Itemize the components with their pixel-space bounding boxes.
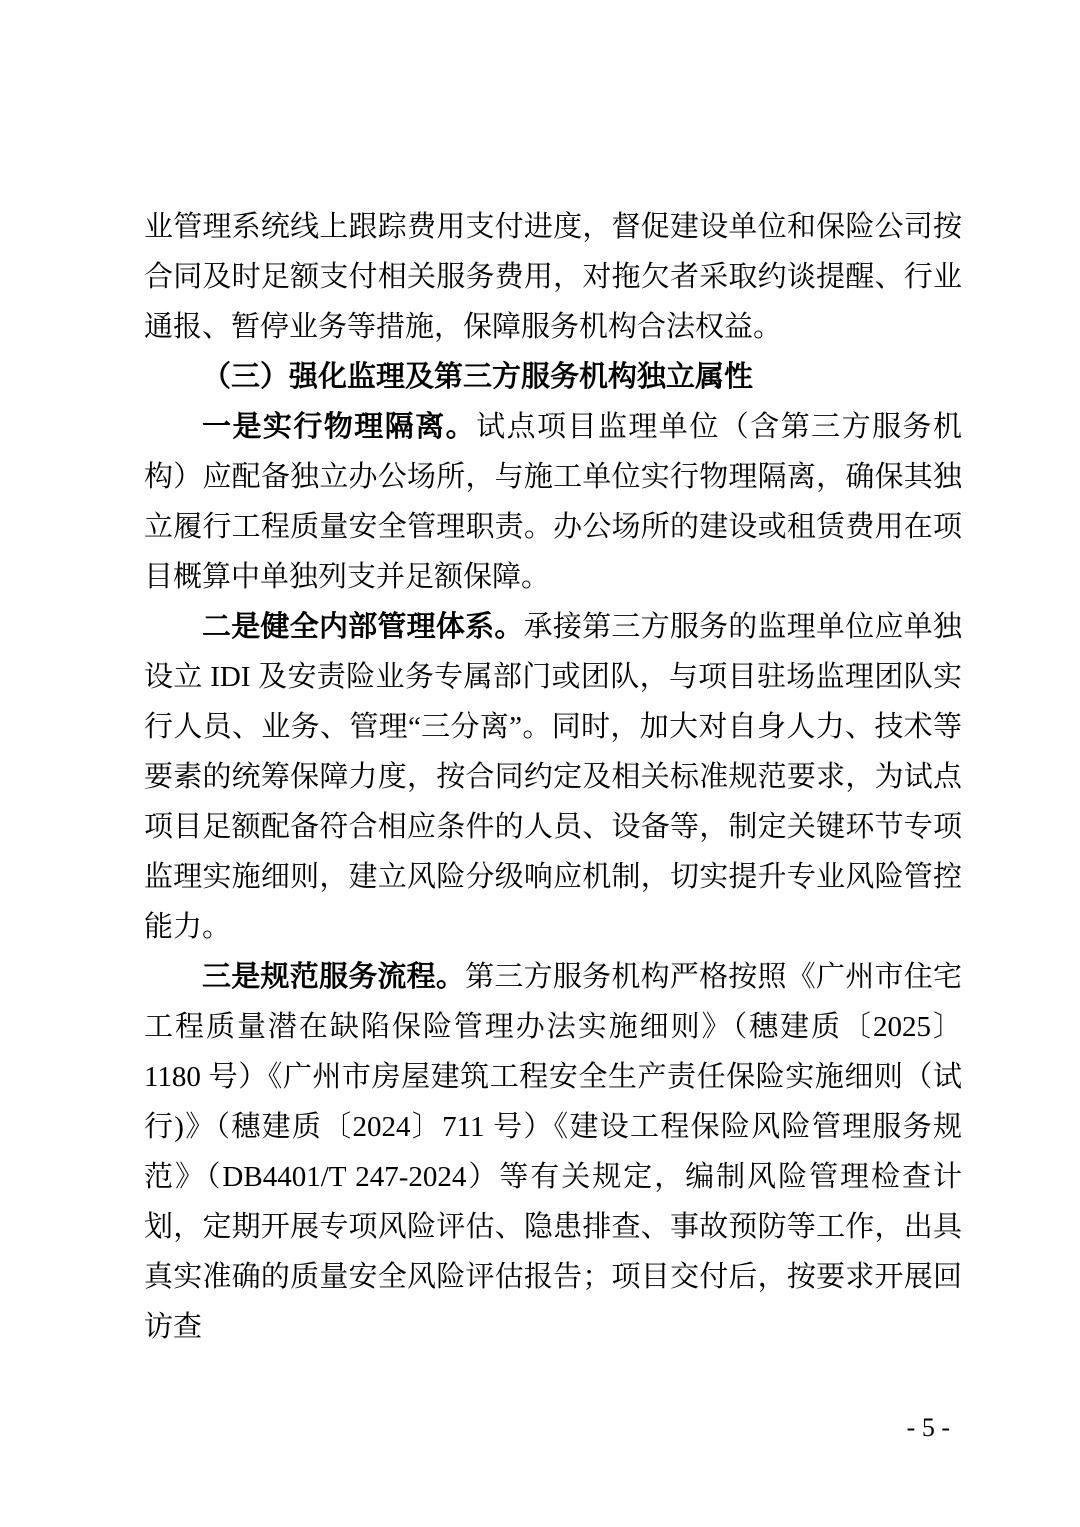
paragraph-one-lead: 一是实行物理隔离。 <box>202 411 476 443</box>
paragraph-continuation: 业管理系统线上跟踪费用支付进度，督促建设单位和保险公司按合同及时足额支付相关服务… <box>144 202 962 352</box>
paragraph-two-text: 承接第三方服务的监理单位应单独设立 IDI 及安责险业务专属部门或团队，与项目驻… <box>144 611 962 943</box>
paragraph-one: 一是实行物理隔离。试点项目监理单位（含第三方服务机构）应配备独立办公场所，与施工… <box>144 402 962 602</box>
paragraph-three: 三是规范服务流程。第三方服务机构严格按照《广州市住宅工程质量潜在缺陷保险管理办法… <box>144 952 962 1352</box>
paragraph-three-lead: 三是规范服务流程。 <box>202 961 465 993</box>
document-body: 业管理系统线上跟踪费用支付进度，督促建设单位和保险公司按合同及时足额支付相关服务… <box>144 202 962 1352</box>
paragraph-two: 二是健全内部管理体系。承接第三方服务的监理单位应单独设立 IDI 及安责险业务专… <box>144 602 962 952</box>
section-heading: （三）强化监理及第三方服务机构独立属性 <box>144 352 962 402</box>
paragraph-two-lead: 二是健全内部管理体系。 <box>202 611 524 643</box>
paragraph-three-text: 第三方服务机构严格按照《广州市住宅工程质量潜在缺陷保险管理办法实施细则》（穗建质… <box>144 961 962 1343</box>
page-number: - 5 - <box>907 1413 950 1443</box>
document-page: 业管理系统线上跟踪费用支付进度，督促建设单位和保险公司按合同及时足额支付相关服务… <box>0 0 1080 1527</box>
